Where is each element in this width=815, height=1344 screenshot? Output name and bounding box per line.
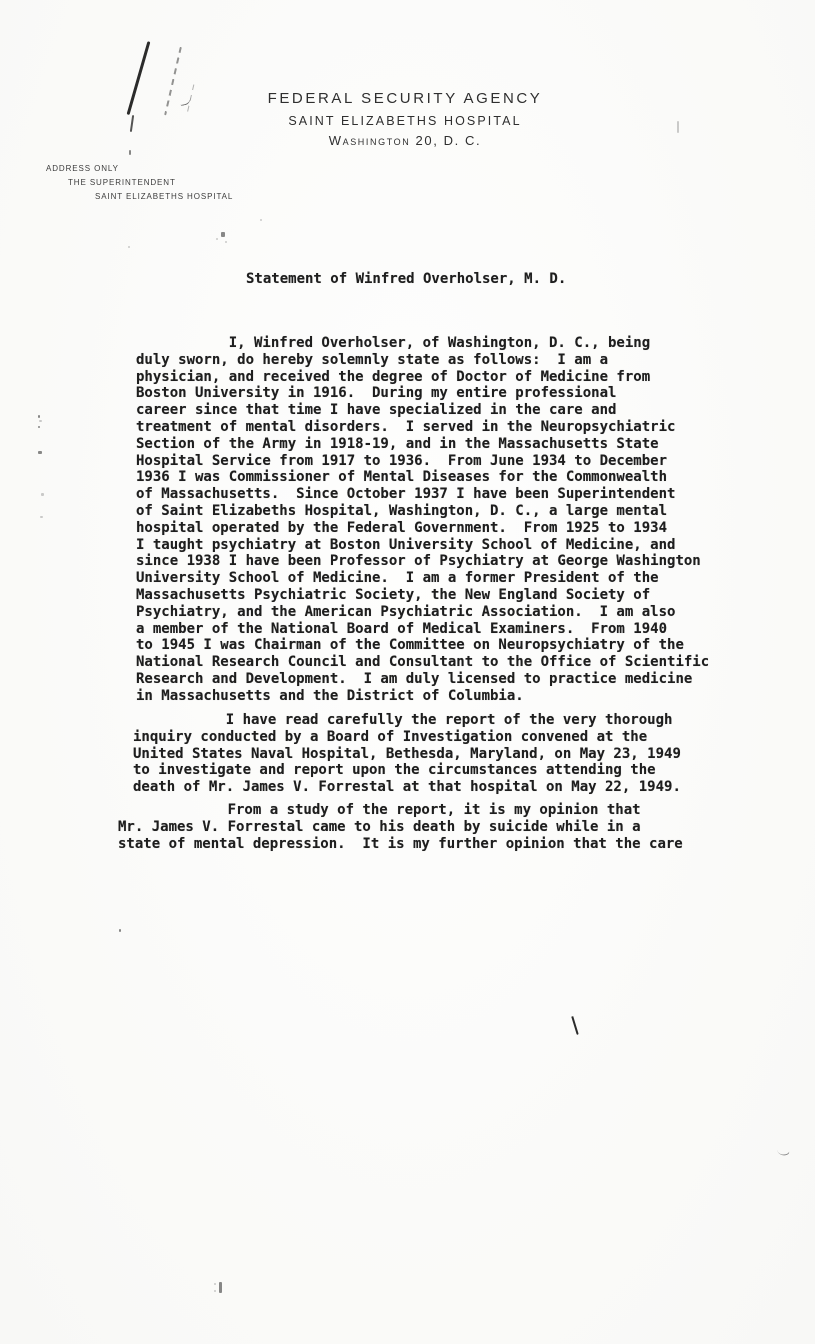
scan-speck	[39, 420, 42, 422]
scan-speck	[260, 219, 262, 221]
scan-streak	[677, 121, 679, 133]
pen-tick-mark	[777, 1146, 790, 1158]
statement-paragraph-1: I, Winfred Overholser, of Washington, D.…	[136, 335, 709, 705]
scan-speck	[219, 1282, 222, 1293]
address-only-line: ADDRESS ONLY	[46, 164, 119, 173]
scan-speck	[38, 426, 40, 428]
letterhead-hospital-line: SAINT ELIZABETHS HOSPITAL	[0, 114, 810, 128]
letterhead: FEDERAL SECURITY AGENCY SAINT ELIZABETHS…	[0, 90, 810, 148]
scan-speck	[216, 238, 218, 240]
scan-speck	[129, 150, 131, 155]
scan-speck	[128, 246, 130, 248]
statement-paragraph-2: I have read carefully the report of the …	[133, 712, 681, 796]
scan-speck	[214, 1290, 216, 1292]
letterhead-city-line: Washington 20, D. C.	[0, 133, 810, 148]
hospital-name-line: SAINT ELIZABETHS HOSPITAL	[95, 192, 233, 201]
scanned-document-page: FEDERAL SECURITY AGENCY SAINT ELIZABETHS…	[0, 0, 815, 1344]
scan-speck	[40, 516, 43, 518]
statement-paragraph-3: From a study of the report, it is my opi…	[118, 802, 683, 852]
scan-speck	[38, 451, 42, 454]
scan-speck	[38, 415, 40, 418]
scan-speck	[225, 241, 227, 243]
scan-speck	[214, 1283, 216, 1285]
scan-speck	[221, 232, 225, 237]
scan-speck	[41, 493, 44, 496]
scan-speck	[119, 929, 121, 932]
pen-backslash-mark	[571, 1016, 579, 1035]
letterhead-agency-line: FEDERAL SECURITY AGENCY	[0, 90, 810, 107]
statement-title: Statement of Winfred Overholser, M. D.	[246, 271, 566, 288]
superintendent-line: THE SUPERINTENDENT	[68, 178, 176, 187]
